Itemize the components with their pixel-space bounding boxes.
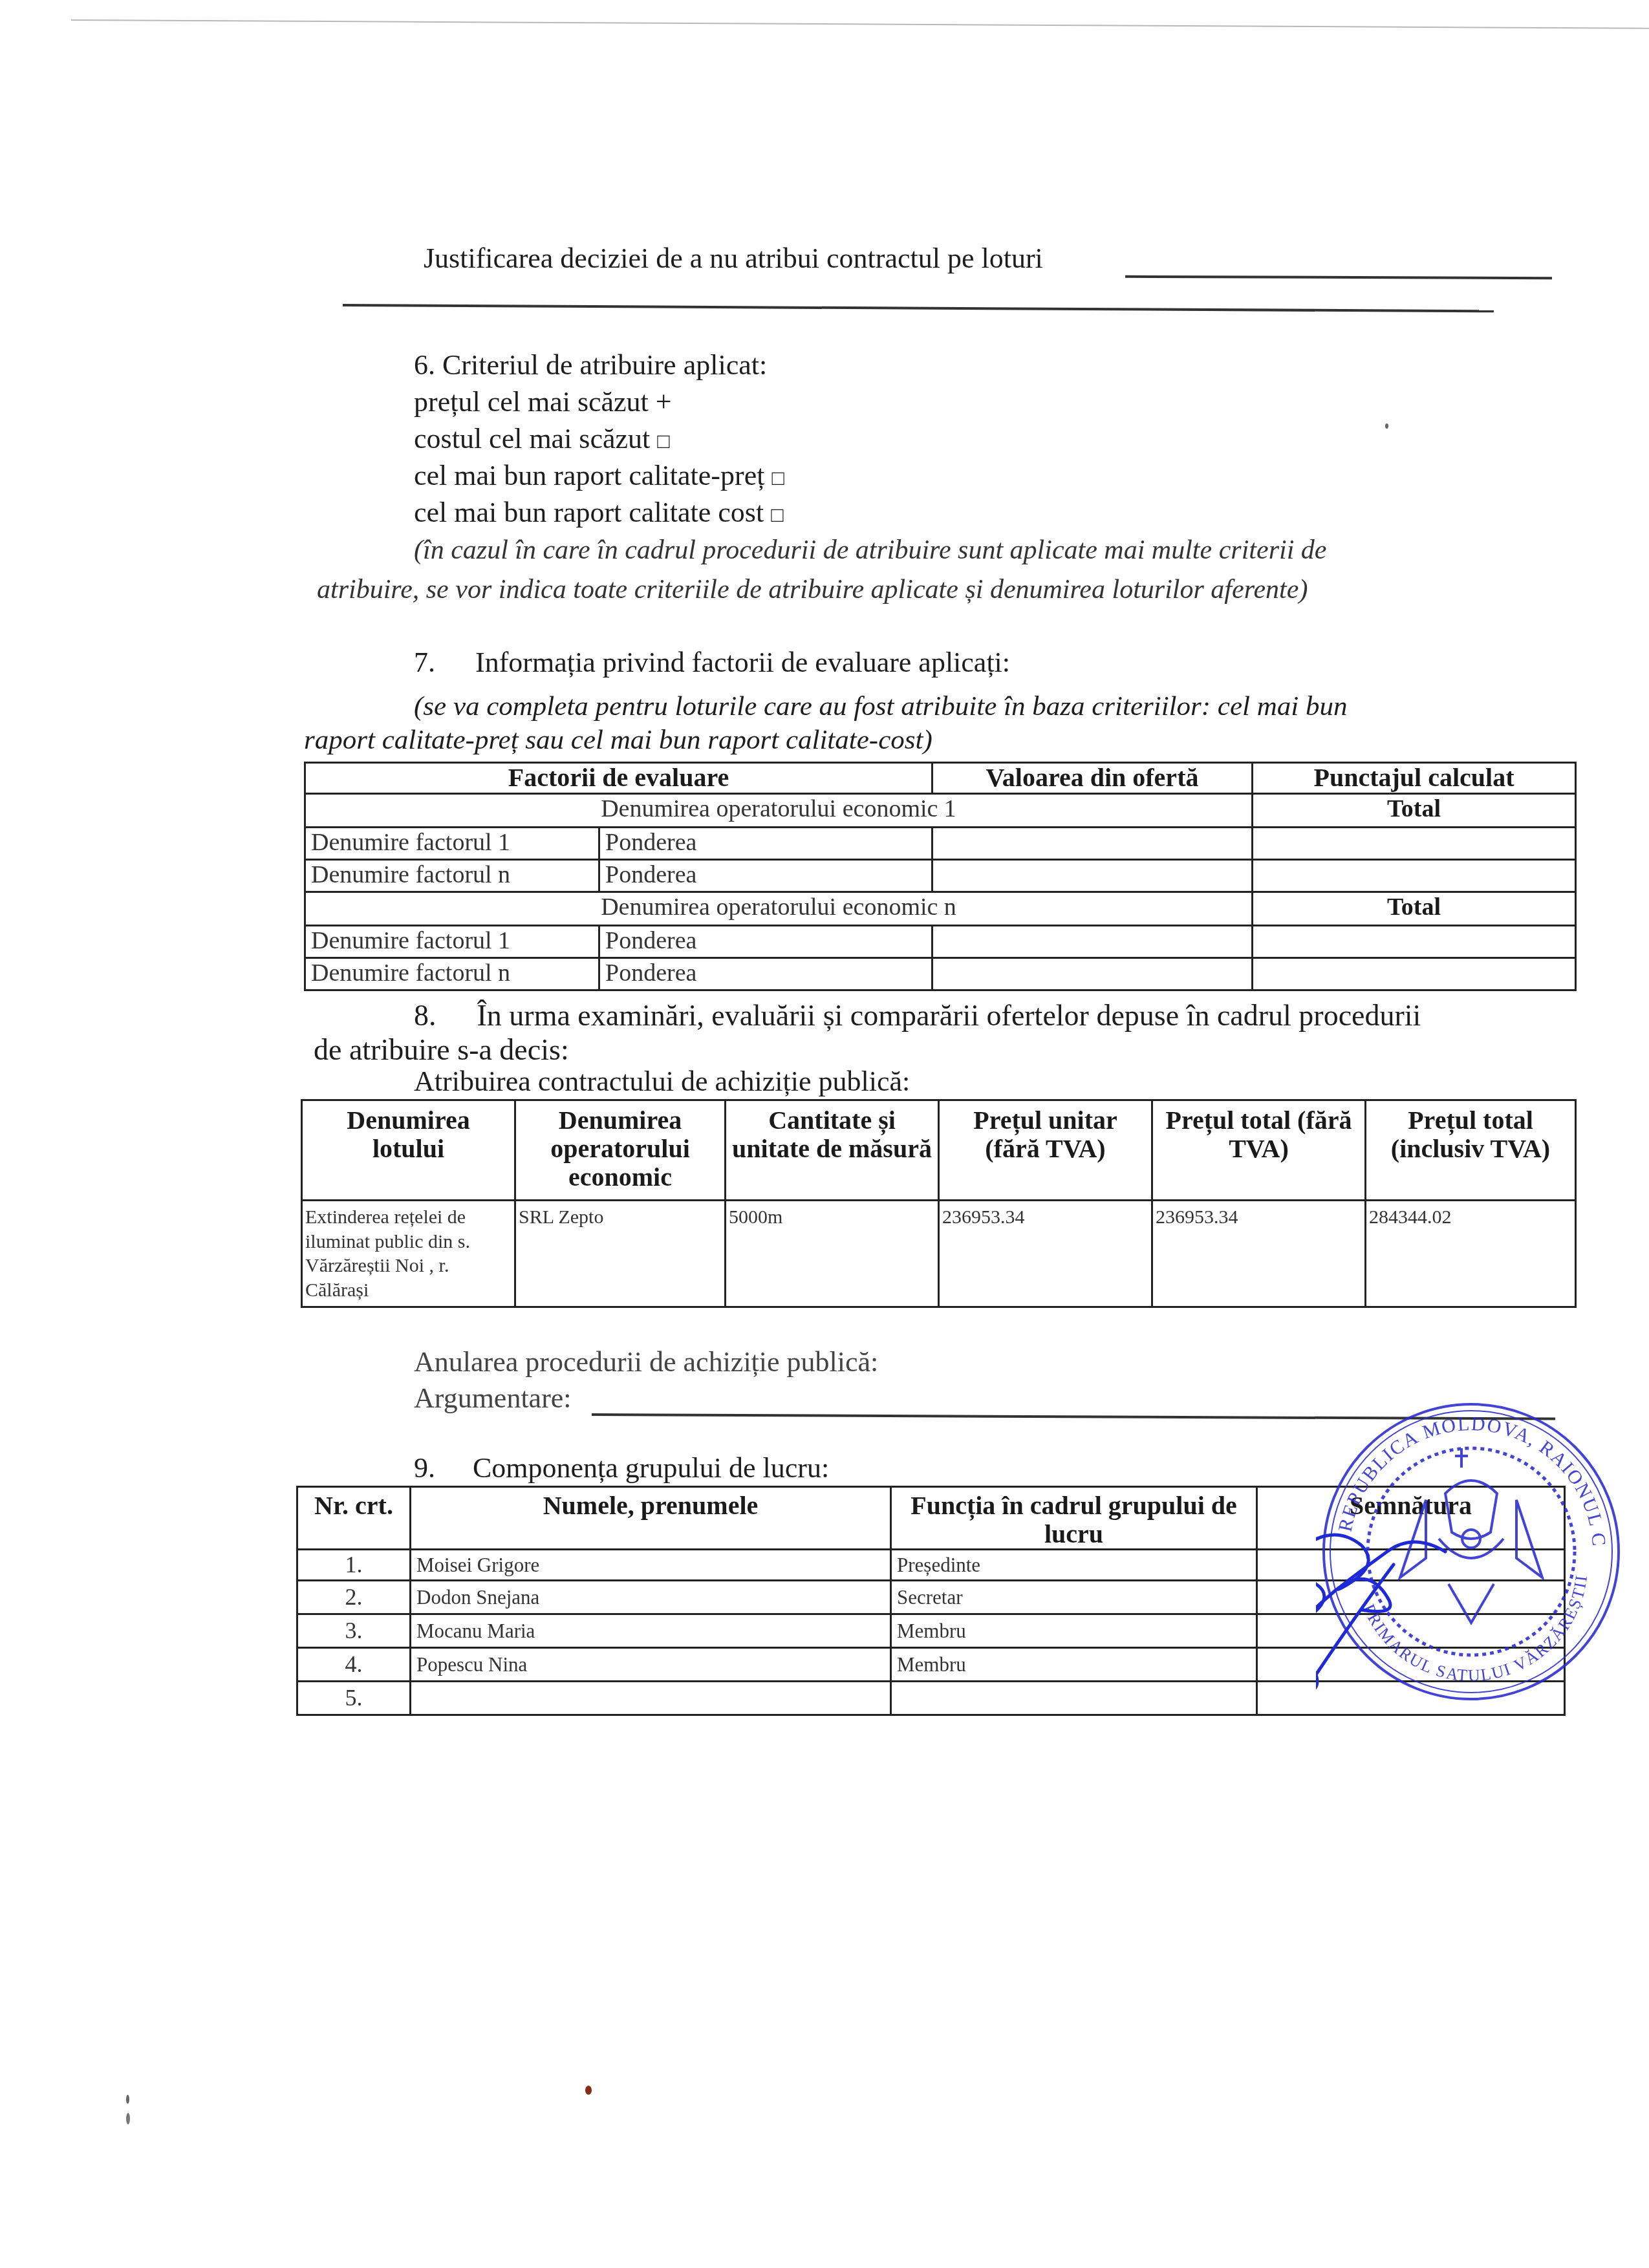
member-signature [1257, 1581, 1565, 1614]
award-label: Atribuirea contractului de achiziție pub… [414, 1065, 910, 1098]
table-row: Extinderea rețelei de iluminat public di… [302, 1201, 1576, 1307]
member-nr: 4. [297, 1648, 411, 1682]
header-total-with-vat: Prețul total (inclusiv TVA) [1366, 1100, 1576, 1201]
member-signature [1257, 1550, 1565, 1581]
criterion-lowest-price: prețul cel mai scăzut + [414, 386, 672, 419]
section8-text: În urma examinări, evaluării și comparăr… [477, 999, 1421, 1032]
member-nr: 5. [297, 1682, 411, 1715]
factor-name: Denumire factorul n [305, 860, 599, 892]
table-row: 5. [297, 1682, 1565, 1715]
total-label: Total [1253, 794, 1576, 828]
operator-name: Denumirea operatorului economic 1 [305, 794, 1253, 828]
scan-speck [585, 2086, 592, 2095]
checkbox-icon: □ [771, 466, 784, 489]
justification-label: Justificarea deciziei de a nu atribui co… [424, 242, 1043, 275]
total-label: Total [1253, 892, 1576, 926]
factor-score [1253, 860, 1576, 892]
factor-weight: Ponderea [599, 958, 932, 990]
member-name: Dodon Snejana [411, 1581, 891, 1614]
member-nr: 3. [297, 1614, 411, 1648]
section9-heading: 9. Componența grupului de lucru: [414, 1452, 829, 1485]
member-role: Membru [891, 1648, 1257, 1682]
factor-name: Denumire factorul n [305, 958, 599, 990]
argument-blank-line [592, 1413, 1555, 1420]
header-score: Punctajul calculat [1253, 763, 1576, 794]
section7-number: 7. [414, 647, 435, 678]
member-name [411, 1682, 891, 1715]
factor-name: Denumire factorul 1 [305, 926, 599, 958]
member-name: Popescu Nina [411, 1648, 891, 1682]
factor-value [932, 926, 1253, 958]
factor-weight: Ponderea [599, 926, 932, 958]
section7-title: Informația privind factorii de evaluare … [475, 647, 1010, 678]
table-row: Denumire factorul n Ponderea [305, 958, 1576, 990]
factor-weight: Ponderea [599, 828, 932, 860]
member-role: Secretar [891, 1581, 1257, 1614]
table-row: Denumire factorul 1 Ponderea [305, 926, 1576, 958]
contract-award-table: Denumirea lotului Denumirea operatorului… [301, 1099, 1577, 1308]
scan-speck [126, 2113, 130, 2124]
header-total-no-vat: Prețul total (fără TVA) [1152, 1100, 1366, 1201]
header-name: Numele, prenumele [411, 1487, 891, 1550]
working-group-table: Nr. crt. Numele, prenumele Funcția în ca… [296, 1486, 1566, 1716]
header-offer-value: Valoarea din ofertă [932, 763, 1253, 794]
header-factors: Factorii de evaluare [305, 763, 932, 794]
header-nr: Nr. crt. [297, 1487, 411, 1550]
member-role: Președinte [891, 1550, 1257, 1581]
lot-name: Extinderea rețelei de iluminat public di… [302, 1201, 515, 1307]
operator-row: Denumirea operatorului economic n Total [305, 892, 1576, 926]
factor-weight: Ponderea [599, 860, 932, 892]
table-row: 4. Popescu Nina Membru [297, 1648, 1565, 1682]
header-operator-name: Denumirea operatorului economic [515, 1100, 726, 1201]
section7-heading: 7. Informația privind factorii de evalua… [414, 647, 1010, 679]
table-row: 1. Moisei Grigore Președinte [297, 1550, 1565, 1581]
section7-note-line1: (se va completa pentru loturile care au … [414, 690, 1347, 722]
section6-note-line2: atribuire, se vor indica toate criteriil… [317, 574, 1308, 605]
member-nr: 1. [297, 1550, 411, 1581]
section8-heading-line2: de atribuire s-a decis: [314, 1033, 569, 1067]
member-role [891, 1682, 1257, 1715]
table-header-row: Denumirea lotului Denumirea operatorului… [302, 1100, 1576, 1201]
section8-number: 8. [414, 999, 436, 1032]
header-role: Funcția în cadrul grupului de lucru [891, 1487, 1257, 1550]
scan-speck [126, 2095, 129, 2104]
factor-value [932, 828, 1253, 860]
section9-title: Componența grupului de lucru: [473, 1452, 829, 1484]
table-row: 3. Mocanu Maria Membru [297, 1614, 1565, 1648]
table-header-row: Factorii de evaluare Valoarea din ofertă… [305, 763, 1576, 794]
member-signature [1257, 1648, 1565, 1682]
member-nr: 2. [297, 1581, 411, 1614]
factor-score [1253, 926, 1576, 958]
criterion-selected-mark: + [656, 386, 672, 418]
checkbox-icon: □ [771, 503, 783, 526]
table-header-row: Nr. crt. Numele, prenumele Funcția în ca… [297, 1487, 1565, 1550]
header-unit-price: Prețul unitar (fără TVA) [939, 1100, 1152, 1201]
member-role: Membru [891, 1614, 1257, 1648]
justification-blank-line-2 [343, 304, 1494, 312]
table-row: Denumire factorul 1 Ponderea [305, 828, 1576, 860]
section9-number: 9. [414, 1452, 435, 1484]
member-signature [1257, 1614, 1565, 1648]
member-name: Mocanu Maria [411, 1614, 891, 1648]
total-no-vat: 236953.34 [1152, 1201, 1366, 1307]
scan-speck [1385, 423, 1388, 429]
member-name: Moisei Grigore [411, 1550, 891, 1581]
argument-label: Argumentare: [414, 1382, 572, 1415]
unit-price: 236953.34 [939, 1201, 1152, 1307]
criterion-lowest-cost: costul cel mai scăzut □ [414, 423, 670, 456]
table-row: 2. Dodon Snejana Secretar [297, 1581, 1565, 1614]
criterion-quality-cost: cel mai bun raport calitate cost □ [414, 497, 784, 530]
cancel-label: Anularea procedurii de achiziție publică… [414, 1346, 878, 1379]
section7-note-line2: raport calitate-preț sau cel mai bun rap… [304, 724, 932, 756]
section8-heading-line1: 8. În urma examinări, evaluării și compa… [414, 999, 1421, 1033]
operator-row: Denumirea operatorului economic 1 Total [305, 794, 1576, 828]
section6-note-line1: (în cazul în care în cadrul procedurii d… [414, 535, 1326, 566]
factor-value [932, 860, 1253, 892]
criterion-label: cel mai bun raport calitate-preț [414, 460, 764, 491]
header-quantity: Cantitate și unitate de măsură [726, 1100, 939, 1201]
criterion-label: prețul cel mai scăzut [414, 386, 649, 418]
member-signature [1257, 1682, 1565, 1715]
evaluation-factors-table: Factorii de evaluare Valoarea din ofertă… [304, 762, 1577, 991]
criterion-label: costul cel mai scăzut [414, 423, 650, 455]
justification-blank-line [1125, 275, 1552, 279]
header-lot-name: Denumirea lotului [302, 1100, 515, 1201]
section6-heading: 6. Criteriul de atribuire aplicat: [414, 349, 767, 382]
operator-name: SRL Zepto [515, 1201, 726, 1307]
total-with-vat: 284344.02 [1366, 1201, 1576, 1307]
quantity: 5000m [726, 1201, 939, 1307]
scan-artifact-line [71, 19, 1649, 29]
criterion-quality-price: cel mai bun raport calitate-preț □ [414, 460, 784, 493]
operator-name: Denumirea operatorului economic n [305, 892, 1253, 926]
table-row: Denumire factorul n Ponderea [305, 860, 1576, 892]
header-signature: Semnătura [1257, 1487, 1565, 1550]
factor-value [932, 958, 1253, 990]
factor-score [1253, 828, 1576, 860]
factor-name: Denumire factorul 1 [305, 828, 599, 860]
factor-score [1253, 958, 1576, 990]
checkbox-icon: □ [657, 429, 669, 453]
criterion-label: cel mai bun raport calitate cost [414, 497, 764, 528]
